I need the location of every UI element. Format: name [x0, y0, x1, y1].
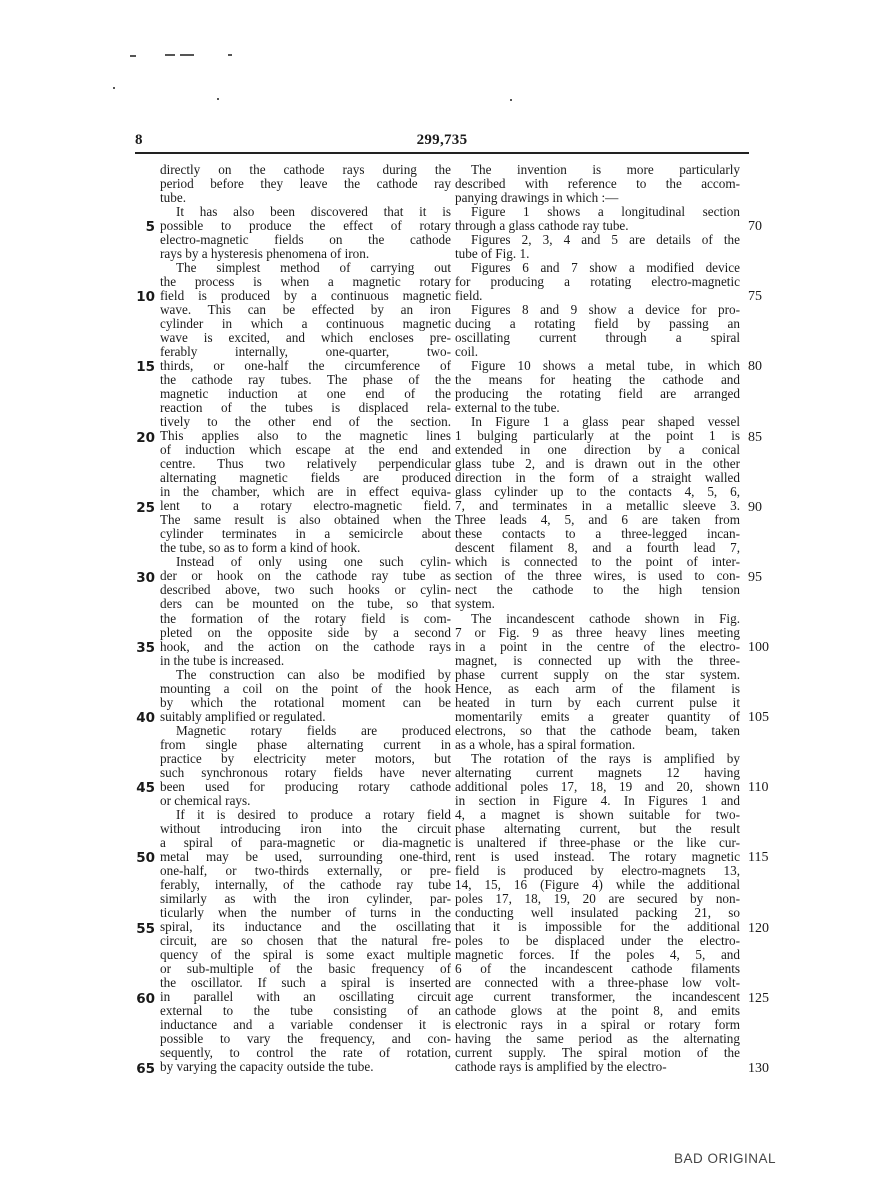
text-line: cathode rays is amplified by the electro… [455, 1060, 740, 1074]
text-line: a spiral of para-magnetic or dia-magneti… [160, 836, 451, 850]
text-line: the means for heating the cathode and [455, 373, 740, 387]
text-line: practice by electricity meter motors, bu… [160, 752, 451, 766]
text-line: Figure 1 shows a longitudinal section [455, 205, 740, 219]
text-line: sequently, to control the rate of rotati… [160, 1046, 451, 1060]
text-line: It has also been discovered that it is [160, 205, 451, 219]
page-header: 8 299,735 [135, 132, 749, 154]
text-line: poles to be displaced under the electro- [455, 934, 740, 948]
text-line: The same result is also obtained when th… [160, 513, 451, 527]
text-line: pleted on the opposite side by a second [160, 626, 451, 640]
text-line: the tube, so as to form a kind of hook. [160, 541, 451, 555]
text-line: current supply. The spiral motion of the [455, 1046, 740, 1060]
text-line: Figures 2, 3, 4 and 5 are details of the [455, 233, 740, 247]
text-line: This applies also to the magnetic lines [160, 429, 451, 443]
text-line: alternating magnetic fields are produced [160, 471, 451, 485]
text-line: The simplest method of carrying out [160, 261, 451, 275]
text-line: producing the rotating field are arrange… [455, 387, 740, 401]
scan-speck [165, 54, 175, 56]
margin-line-number: 70 [748, 219, 778, 235]
text-line: rent is used instead. The rotary magneti… [455, 850, 740, 864]
text-line: or chemical rays. [160, 794, 451, 808]
text-line: been used for producing rotary cathode [160, 780, 451, 794]
text-line: the oscillator. If such a spiral is inse… [160, 976, 451, 990]
patent-number: 299,735 [135, 132, 749, 149]
text-line: If it is desired to produce a rotary fie… [160, 808, 451, 822]
text-line: in section in Figure 4. In Figures 1 and [455, 794, 740, 808]
margin-line-number: 45 [131, 780, 155, 796]
text-line: the process is when a magnetic rotary [160, 275, 451, 289]
text-line: magnetic forces. If the poles 4, 5, and [455, 948, 740, 962]
text-line: momentarily emits a greater quantity of [455, 710, 740, 724]
text-line: which is connected to the point of inter… [455, 555, 740, 569]
header-rule [135, 152, 749, 154]
text-line: one-half, or two-thirds externally, or p… [160, 864, 451, 878]
margin-line-number: 75 [748, 289, 778, 305]
text-line: der or hook on the cathode ray tube as [160, 569, 451, 583]
text-line: circuit, are so chosen that the natural … [160, 934, 451, 948]
margin-line-number: 125 [748, 991, 778, 1007]
text-line: cylinder terminates in a semicircle abou… [160, 527, 451, 541]
text-line: cathode glows at the point 8, and emits [455, 1004, 740, 1018]
text-line: mounting a coil on the point of the hook [160, 682, 451, 696]
margin-line-number: 85 [748, 430, 778, 446]
text-line: wave is excited, and which encloses pre- [160, 331, 451, 345]
margin-line-number: 15 [131, 359, 155, 375]
text-line: electrons, so that the cathode beam, tak… [455, 724, 740, 738]
margin-line-number: 60 [131, 991, 155, 1007]
margin-line-number: 40 [131, 710, 155, 726]
text-line: magnet, is connected up with the three- [455, 654, 740, 668]
text-line: glass tube 2, and is drawn out in the ot… [455, 457, 740, 471]
margin-line-number: 10 [131, 289, 155, 305]
text-line: reaction of the tubes is displaced rela- [160, 401, 451, 415]
text-line: suitably amplified or regulated. [160, 710, 451, 724]
margin-line-number: 55 [131, 921, 155, 937]
text-line: that it is impossible for the additional [455, 920, 740, 934]
text-line: additional poles 17, 18, 19 and 20, show… [455, 780, 740, 794]
text-line: described with reference to the accom- [455, 177, 740, 191]
text-line: tively to the other end of the section. [160, 415, 451, 429]
text-line: age current transformer, the incandescen… [455, 990, 740, 1004]
text-line: panying drawings in which :— [455, 191, 740, 205]
text-line: Figures 6 and 7 show a modified device [455, 261, 740, 275]
text-line: having the same period as the alternatin… [455, 1032, 740, 1046]
text-line: in the tube is increased. [160, 654, 451, 668]
text-line: of induction which escape at the end and [160, 443, 451, 457]
scan-speck [113, 87, 115, 89]
text-line: 7, and terminates in a metallic sleeve 3… [455, 499, 740, 513]
text-line: phase current supply on the star system. [455, 668, 740, 682]
bad-original-stamp: BAD ORIGINAL [674, 1151, 776, 1166]
text-line: without introducing iron into the circui… [160, 822, 451, 836]
text-line: poles 17, 18, 19, 20 are secured by non- [455, 892, 740, 906]
text-line: external to the tube consisting of an [160, 1004, 451, 1018]
text-line: cylinder in which a continuous magnetic [160, 317, 451, 331]
text-line: inductance and a variable condenser it i… [160, 1018, 451, 1032]
margin-line-number: 100 [748, 640, 778, 656]
text-line: ticularly when the number of turns in th… [160, 906, 451, 920]
text-line: ducing a rotating field by passing an [455, 317, 740, 331]
text-line: field is produced by electro-magnets 13, [455, 864, 740, 878]
text-line: Three leads 4, 5, and 6 are taken from [455, 513, 740, 527]
text-line: The invention is more particularly [455, 163, 740, 177]
text-line: lent to a rotary electro-magnetic field. [160, 499, 451, 513]
margin-line-number: 5 [131, 219, 155, 235]
text-line: are connected with a three-phase low vol… [455, 976, 740, 990]
text-line: tube of Fig. 1. [455, 247, 740, 261]
text-line: spiral, its inductance and the oscillati… [160, 920, 451, 934]
text-line: field. [455, 289, 740, 303]
text-line: alternating current magnets 12 having [455, 766, 740, 780]
text-line: Hence, as each arm of the filament is [455, 682, 740, 696]
text-line: phase alternating current, but the resul… [455, 822, 740, 836]
margin-line-number: 105 [748, 710, 778, 726]
text-line: for producing a rotating electro-magneti… [455, 275, 740, 289]
margin-line-number: 115 [748, 850, 778, 866]
text-line: electro-magnetic fields on the cathode [160, 233, 451, 247]
scan-speck [180, 54, 194, 56]
text-line: field is produced by a continuous magnet… [160, 289, 451, 303]
text-line: 14, 15, 16 (Figure 4) while the addition… [455, 878, 740, 892]
margin-line-number: 65 [131, 1061, 155, 1077]
text-line: as a whole, has a spiral formation. [455, 738, 740, 752]
margin-line-number: 95 [748, 570, 778, 586]
text-line: Figures 8 and 9 show a device for pro- [455, 303, 740, 317]
text-line: through a glass cathode ray tube. [455, 219, 740, 233]
text-line: extended in one direction by a conical [455, 443, 740, 457]
scan-speck [228, 54, 232, 56]
text-line: ders can be mounted on the tube, so that [160, 597, 451, 611]
text-line: magnetic induction at one end of the [160, 387, 451, 401]
text-line: coil. [455, 345, 740, 359]
text-line: is unaltered if three-phase or the like … [455, 836, 740, 850]
margin-line-number: 130 [748, 1061, 778, 1077]
margin-line-number: 20 [131, 430, 155, 446]
text-line: 1 bulging particularly at the point 1 is [455, 429, 740, 443]
text-line: external to the tube. [455, 401, 740, 415]
text-line: described above, two such hooks or cylin… [160, 583, 451, 597]
text-line: metal may be used, surrounding one-third… [160, 850, 451, 864]
scan-speck [130, 55, 136, 57]
text-line: directly on the cathode rays during the [160, 163, 451, 177]
text-line: ferably internally, one-quarter, two- [160, 345, 451, 359]
text-line: thirds, or one-half the circumference of [160, 359, 451, 373]
scan-speck [510, 99, 512, 101]
text-line: by which the rotational moment can be [160, 696, 451, 710]
text-line: rays by a hysteresis phenomena of iron. [160, 247, 451, 261]
text-line: The incandescent cathode shown in Fig. [455, 612, 740, 626]
text-line: section of the three wires, is used to c… [455, 569, 740, 583]
text-line: electronic rays in a spiral or rotary fo… [455, 1018, 740, 1032]
text-line: or sub-multiple of the basic frequency o… [160, 962, 451, 976]
text-line: Figure 10 shows a metal tube, in which [455, 359, 740, 373]
text-line: heated in turn by each current pulse it [455, 696, 740, 710]
scan-speck [217, 98, 219, 100]
text-line: The construction can also be modified by [160, 668, 451, 682]
text-line: oscillating current through a spiral [455, 331, 740, 345]
margin-line-number: 30 [131, 570, 155, 586]
text-line: 7 or Fig. 9 as three heavy lines meeting [455, 626, 740, 640]
text-line: such synchronous rotary fields have neve… [160, 766, 451, 780]
text-line: period before they leave the cathode ray [160, 177, 451, 191]
text-line: tube. [160, 191, 451, 205]
text-line: possible to vary the frequency, and con- [160, 1032, 451, 1046]
text-line: from single phase alternating current in [160, 738, 451, 752]
text-line: possible to produce the effect of rotary [160, 219, 451, 233]
text-line: The rotation of the rays is amplified by [455, 752, 740, 766]
text-line: quency of the spiral is some exact multi… [160, 948, 451, 962]
text-line: ferably, internally, of the cathode ray … [160, 878, 451, 892]
margin-line-number: 90 [748, 500, 778, 516]
text-line: conducting well insulated packing 21, so [455, 906, 740, 920]
text-line: wave. This can be effected by an iron [160, 303, 451, 317]
margin-line-number: 120 [748, 921, 778, 937]
left-text-column: directly on the cathode rays during thep… [160, 163, 451, 1074]
text-line: system. [455, 597, 740, 611]
margin-line-number: 25 [131, 500, 155, 516]
text-line: centre. Thus two relatively perpendicula… [160, 457, 451, 471]
margin-line-number: 35 [131, 640, 155, 656]
text-line: in parallel with an oscillating circuit [160, 990, 451, 1004]
text-line: Magnetic rotary fields are produced [160, 724, 451, 738]
text-line: similarly as with the iron cylinder, par… [160, 892, 451, 906]
text-line: the cathode ray tubes. The phase of the [160, 373, 451, 387]
text-line: In Figure 1 a glass pear shaped vessel [455, 415, 740, 429]
text-line: the formation of the rotary field is com… [160, 612, 451, 626]
text-line: these contacts to a three-legged incan- [455, 527, 740, 541]
text-line: by varying the capacity outside the tube… [160, 1060, 451, 1074]
right-text-column: The invention is more particularlydescri… [455, 163, 740, 1074]
text-line: in a point in the centre of the electro- [455, 640, 740, 654]
margin-line-number: 50 [131, 850, 155, 866]
text-line: glass cylinder up to the contacts 4, 5, … [455, 485, 740, 499]
text-line: direction in the form of a straight wall… [455, 471, 740, 485]
text-line: hook, and the action on the cathode rays [160, 640, 451, 654]
text-line: nect the cathode to the high tension [455, 583, 740, 597]
text-line: in the chamber, which are in effect equi… [160, 485, 451, 499]
margin-line-number: 80 [748, 359, 778, 375]
margin-line-number: 110 [748, 780, 778, 796]
text-line: Instead of only using one such cylin- [160, 555, 451, 569]
text-line: 4, a magnet is shown suitable for two- [455, 808, 740, 822]
text-line: descent filament 8, and a fourth lead 7, [455, 541, 740, 555]
text-line: 6 of the incandescent cathode filaments [455, 962, 740, 976]
